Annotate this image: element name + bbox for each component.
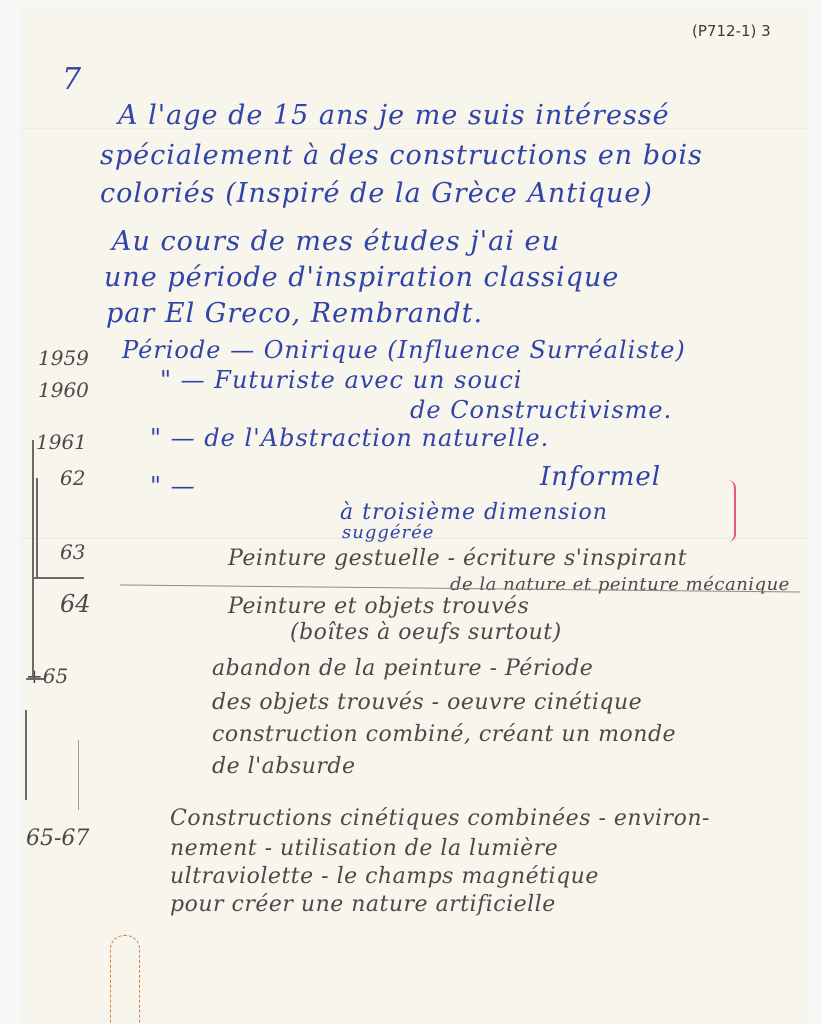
year-label: 65-67 (26, 826, 89, 851)
timeline-text: Informel (540, 462, 661, 492)
timeline-text: de Constructivisme. (410, 396, 672, 424)
text-line: spécialement à des constructions en bois (100, 140, 703, 171)
text-line: Peinture gestuelle - écriture s'inspiran… (228, 546, 687, 571)
orange-stamp-mark (110, 935, 140, 1024)
text-line: de l'absurde (212, 754, 355, 779)
archive-reference: (P712-1) 3 (692, 22, 771, 40)
margin-line (36, 478, 38, 578)
year-label: 62 (60, 466, 85, 490)
text-line: ultraviolette - le champs magnétique (170, 864, 599, 889)
text-line: des objets trouvés - oeuvre cinétique (212, 690, 642, 715)
margin-line (25, 710, 27, 800)
text-line: par El Greco, Rembrandt. (106, 298, 483, 329)
margin-tick (26, 678, 44, 680)
year-label: 1959 (38, 346, 89, 370)
text-line: coloriés (Inspiré de la Grèce Antique) (100, 178, 653, 209)
margin-line (78, 740, 79, 810)
timeline-text: Période — Onirique (Influence Surréalist… (122, 336, 686, 364)
year-label: 63 (60, 540, 85, 564)
year-label: 1960 (38, 378, 89, 402)
timeline-text: " — Futuriste avec un souci (160, 366, 522, 394)
text-line: nement - utilisation de la lumière (170, 836, 558, 861)
text-line: Peinture et objets trouvés (228, 594, 529, 619)
corner-mark: 7 (62, 62, 81, 97)
timeline-text: " — (150, 472, 196, 500)
text-line: une période d'inspiration classique (104, 262, 619, 293)
margin-tick (34, 577, 84, 579)
text-line: Constructions cinétiques combinées - env… (170, 806, 710, 831)
text-line: A l'age de 15 ans je me suis intéressé (118, 100, 670, 131)
year-label: 64 (60, 590, 91, 618)
margin-line (32, 440, 34, 580)
timeline-text: suggérée (342, 522, 434, 543)
text-line: (boîtes à oeufs surtout) (290, 620, 562, 645)
timeline-text: " — de l'Abstraction naturelle. (150, 424, 549, 452)
red-bracket-mark (728, 480, 736, 542)
year-label: 1961 (36, 430, 87, 454)
margin-line (32, 580, 34, 680)
text-line: abandon de la peinture - Période (212, 656, 593, 681)
text-line: Au cours de mes études j'ai eu (112, 226, 560, 257)
text-line: pour créer une nature artificielle (170, 892, 556, 917)
text-line: construction combiné, créant un monde (212, 722, 676, 747)
